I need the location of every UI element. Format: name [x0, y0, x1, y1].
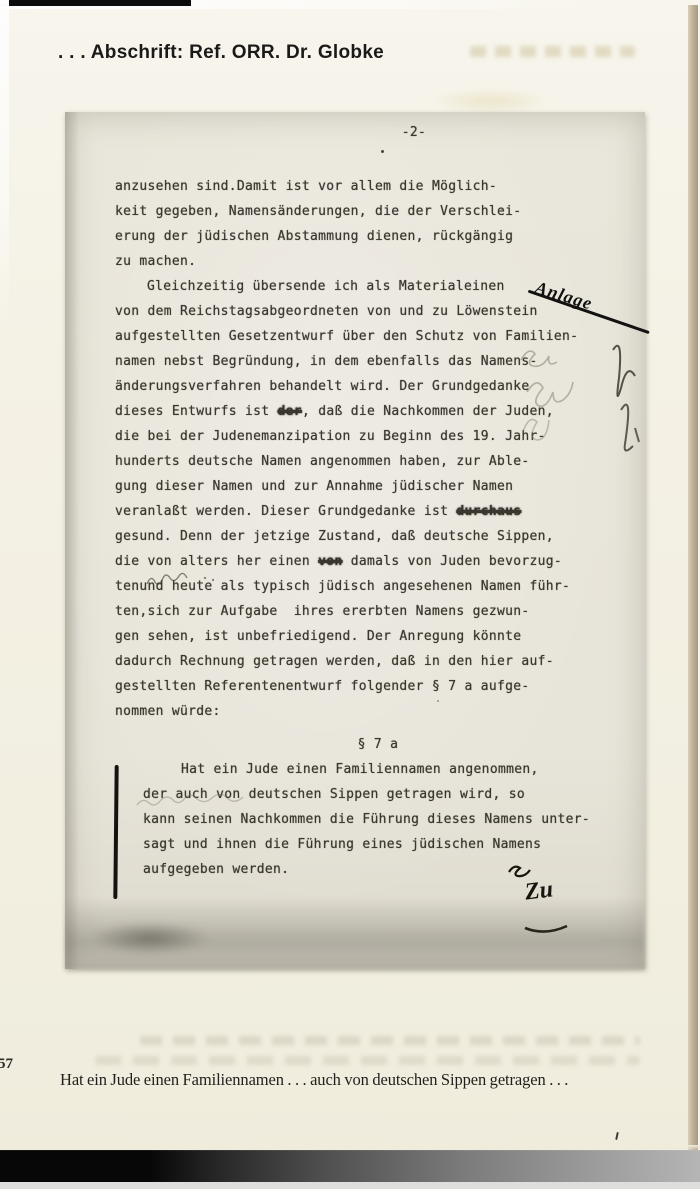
typed-text: von dem Reichstagsabgeordneten von und z…: [115, 304, 538, 319]
typed-line: nommen würde:: [115, 699, 641, 724]
typed-text: gen sehen, ist unbefriedigend. Der Anreg…: [115, 629, 521, 644]
faint-pencil-note: [133, 794, 273, 810]
speck: [437, 700, 439, 702]
typed-text: die von alters her einen: [115, 554, 318, 569]
reverse-side-ghost-smudge: [430, 88, 550, 114]
scan-bottom-edge: [0, 1182, 700, 1189]
typed-text: dieses Entwurfs ist: [115, 404, 278, 419]
page-right-edge: [688, 5, 698, 1153]
typed-text: veranlaßt werden. Dieser Grundgedanke is…: [115, 504, 456, 519]
typed-text: gung dieser Namen und zur Annahme jüdisc…: [115, 479, 513, 494]
page-caption: Hat ein Jude einen Familiennamen . . . a…: [60, 1070, 660, 1090]
typed-text: damals von Juden bevorzug-: [343, 554, 562, 569]
typed-text: zu machen.: [115, 254, 196, 269]
typed-text: die bei der Judenemanzipation zu Beginn …: [115, 429, 546, 444]
typed-text: Hat ein Jude einen Familiennamen angenom…: [181, 762, 539, 777]
typed-text: § 7 a: [358, 737, 399, 752]
typed-text: änderungsverfahren behandelt wird. Der G…: [115, 379, 529, 394]
typed-dot: [381, 150, 384, 153]
handwritten-insert-note: [143, 570, 223, 590]
typed-line: sagt und ihnen die Führung eines jüdisch…: [143, 832, 641, 857]
typed-line: gesund. Denn der jetzige Zustand, daß de…: [115, 524, 641, 549]
typed-text: hunderts deutsche Namen angenommen haben…: [115, 454, 529, 469]
typed-text: aufgestellten Gesetzentwurf über den Sch…: [115, 329, 578, 344]
typed-text: -2-: [402, 125, 426, 140]
photo-bottom-shadow-blob: [90, 921, 210, 955]
typed-text: keit gegeben, Namensänderungen, die der …: [115, 204, 521, 219]
scan-left-edge: [0, 0, 9, 330]
page-title: . . . Abschrift: Ref. ORR. Dr. Globke: [58, 42, 384, 64]
folio-number: 57: [0, 1056, 13, 1073]
typed-text: gesund. Denn der jetzige Zustand, daß de…: [115, 529, 554, 544]
typed-line: keit gegeben, Namensänderungen, die der …: [115, 199, 641, 224]
typed-line: dadurch Rechnung getragen werden, daß in…: [115, 649, 641, 674]
typed-line: zu machen.: [115, 249, 641, 274]
typed-line: -2-: [115, 120, 641, 146]
speck: [501, 208, 503, 210]
typed-line: kann seinen Nachkommen die Führung diese…: [143, 807, 641, 832]
typed-text-block: -2-anzusehen sind.Damit ist vor allem di…: [115, 120, 641, 882]
struck-word: von: [318, 554, 342, 569]
photo-left-shadow: [65, 112, 79, 969]
typed-line: gestellten Referentenentwurf folgender §…: [115, 674, 641, 699]
typed-text: kann seinen Nachkommen die Führung diese…: [143, 812, 590, 827]
document-photo: -2-anzusehen sind.Damit ist vor allem di…: [65, 112, 645, 969]
struck-word: der: [278, 404, 302, 419]
typed-text: namen nebst Begründung, in dem ebenfalls…: [115, 354, 538, 369]
typed-text: aufgegeben werden.: [143, 862, 289, 877]
typed-line: erung der jüdischen Abstammung dienen, r…: [115, 224, 641, 249]
reverse-side-ghost-text: [95, 1056, 640, 1065]
struck-word: durchaus: [456, 504, 521, 519]
typed-line: § 7 a: [115, 732, 641, 757]
typed-line: anzusehen sind.Damit ist vor allem die M…: [115, 174, 641, 199]
scan-bottom-dark-band: [0, 1150, 700, 1182]
typed-text: dadurch Rechnung getragen werden, daß in…: [115, 654, 554, 669]
typed-line: gen sehen, ist unbefriedigend. Der Anreg…: [115, 624, 641, 649]
typed-line: Hat ein Jude einen Familiennamen angenom…: [143, 757, 641, 782]
typed-text: Gleichzeitig übersende ich als Materiale…: [147, 279, 505, 294]
typed-text: ten,sich zur Aufgabe ihres ererbten Name…: [115, 604, 529, 619]
typed-text: nommen würde:: [115, 704, 221, 719]
typed-text: anzusehen sind.Damit ist vor allem die M…: [115, 179, 497, 194]
reverse-side-ghost-text: [470, 46, 635, 57]
book-page-scan: . . . Abschrift: Ref. ORR. Dr. Globke -2…: [0, 0, 700, 1189]
typed-line: gung dieser Namen und zur Annahme jüdisc…: [115, 474, 641, 499]
typed-text: erung der jüdischen Abstammung dienen, r…: [115, 229, 513, 244]
typed-text: gestellten Referentenentwurf folgender §…: [115, 679, 529, 694]
typed-line: veranlaßt werden. Dieser Grundgedanke is…: [115, 499, 641, 524]
typed-text: sagt und ihnen die Führung eines jüdisch…: [143, 837, 541, 852]
reverse-side-ghost-text: [140, 1036, 640, 1045]
pencil-scribbles: [517, 332, 647, 477]
scan-top-black-strip: [0, 0, 191, 6]
typed-line: ten,sich zur Aufgabe ihres ererbten Name…: [115, 599, 641, 624]
